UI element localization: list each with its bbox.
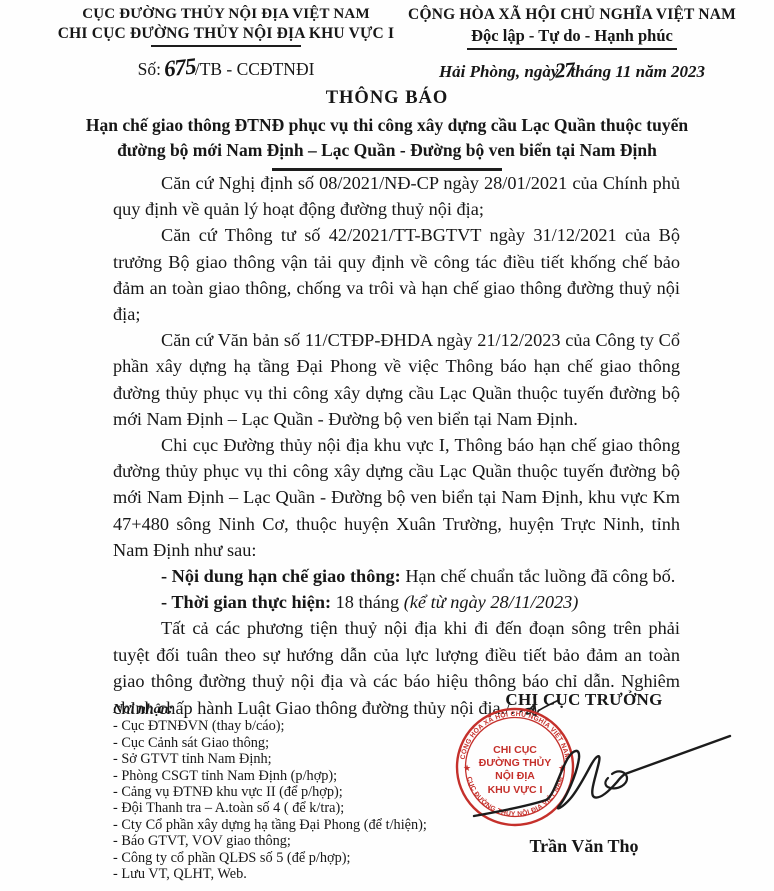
restriction-duration-label: - Thời gian thực hiện:	[161, 592, 331, 612]
title-block: THÔNG BÁO Hạn chế giao thông ĐTNĐ phục v…	[67, 88, 707, 171]
document-number-suffix: /TB - CCĐTNĐI	[195, 59, 315, 79]
paragraph-legal-basis-1: Căn cứ Nghị định số 08/2021/NĐ-CP ngày 2…	[113, 170, 680, 222]
document-title: THÔNG BÁO	[67, 88, 707, 109]
restriction-content-label: - Nội dung hạn chế giao thông:	[161, 566, 401, 586]
document-number: Số: 675/TB - CCĐTNĐI	[50, 55, 402, 81]
place-date-prefix: Hải Phòng, ngày	[439, 62, 559, 81]
place-date-suffix: tháng 11 năm 2023	[570, 62, 705, 81]
restriction-duration-text: 18 tháng	[331, 592, 404, 612]
recipient-item: - Đội Thanh tra – A.toàn số 4 ( để k/tra…	[113, 800, 443, 816]
paragraph-legal-basis-3: Căn cứ Văn bản số 11/CTĐP-ĐHDA ngày 21/1…	[113, 327, 680, 432]
recipient-item: - Cảng vụ ĐTNĐ khu vực II (để p/hợp);	[113, 784, 443, 800]
paragraph-announcement: Chi cục Đường thủy nội địa khu vực I, Th…	[113, 432, 680, 563]
recipients-label: Nơi nhận:	[113, 702, 443, 718]
recipient-item: - Công ty cổ phần QLĐS số 5 (để p/hợp);	[113, 850, 443, 866]
recipient-item: - Sở GTVT tỉnh Nam Định;	[113, 751, 443, 767]
parent-agency-name: CỤC ĐƯỜNG THỦY NỘI ĐỊA VIỆT NAM	[50, 6, 402, 23]
recipient-item: - Báo GTVT, VOV giao thông;	[113, 833, 443, 849]
restriction-content-text: Hạn chế chuẩn tắc luồng đã công bố.	[401, 566, 676, 586]
document-page: CỤC ĐƯỜNG THỦY NỘI ĐỊA VIỆT NAM CHI CỤC …	[0, 0, 774, 891]
recipient-item: - Cục Cảnh sát Giao thông;	[113, 735, 443, 751]
recipient-item: - Lưu VT, QLHT, Web.	[113, 866, 443, 882]
recipient-item: - Phòng CSGT tỉnh Nam Định (p/hợp);	[113, 768, 443, 784]
signer-name: Trần Văn Thọ	[428, 836, 740, 857]
agency-underline	[151, 45, 301, 47]
paragraph-legal-basis-2: Căn cứ Thông tư số 42/2021/TT-BGTVT ngày…	[113, 222, 680, 327]
signature-block: CHI CỤC TRƯỞNG CỘNG HÒA XÃ HỘI CHỦ NGHĨA…	[428, 690, 740, 880]
restriction-content-line: - Nội dung hạn chế giao thông: Hạn chế c…	[113, 563, 680, 589]
place-date-line: Hải Phòng, ngày27tháng 11 năm 2023	[398, 58, 746, 83]
national-title: CỘNG HÒA XÃ HỘI CHỦ NGHĨA VIỆT NAM	[398, 6, 746, 24]
document-subtitle: Hạn chế giao thông ĐTNĐ phục vụ thi công…	[67, 113, 707, 163]
agency-name: CHI CỤC ĐƯỜNG THỦY NỘI ĐỊA KHU VỰC I	[50, 25, 402, 43]
restriction-duration-line: - Thời gian thực hiện: 18 tháng (kể từ n…	[113, 589, 680, 615]
recipient-item: - Cty Cổ phần xây dựng hạ tầng Đại Phong…	[113, 817, 443, 833]
header-issuing-agency: CỤC ĐƯỜNG THỦY NỘI ĐỊA VIỆT NAM CHI CỤC …	[50, 6, 402, 81]
header-national: CỘNG HÒA XÃ HỘI CHỦ NGHĨA VIỆT NAM Độc l…	[398, 6, 746, 83]
date-day-handwritten: 27	[554, 57, 575, 84]
document-body: Căn cứ Nghị định số 08/2021/NĐ-CP ngày 2…	[113, 170, 680, 721]
document-number-handwritten: 675	[163, 53, 197, 82]
document-number-prefix: Số:	[138, 59, 166, 79]
restriction-duration-note: (kể từ ngày 28/11/2023)	[404, 592, 579, 612]
handwritten-signature	[462, 716, 740, 824]
recipients-block: Nơi nhận: - Cục ĐTNĐVN (thay b/cáo); - C…	[113, 702, 443, 882]
national-motto: Độc lập - Tự do - Hạnh phúc	[467, 26, 677, 50]
recipient-item: - Cục ĐTNĐVN (thay b/cáo);	[113, 718, 443, 734]
